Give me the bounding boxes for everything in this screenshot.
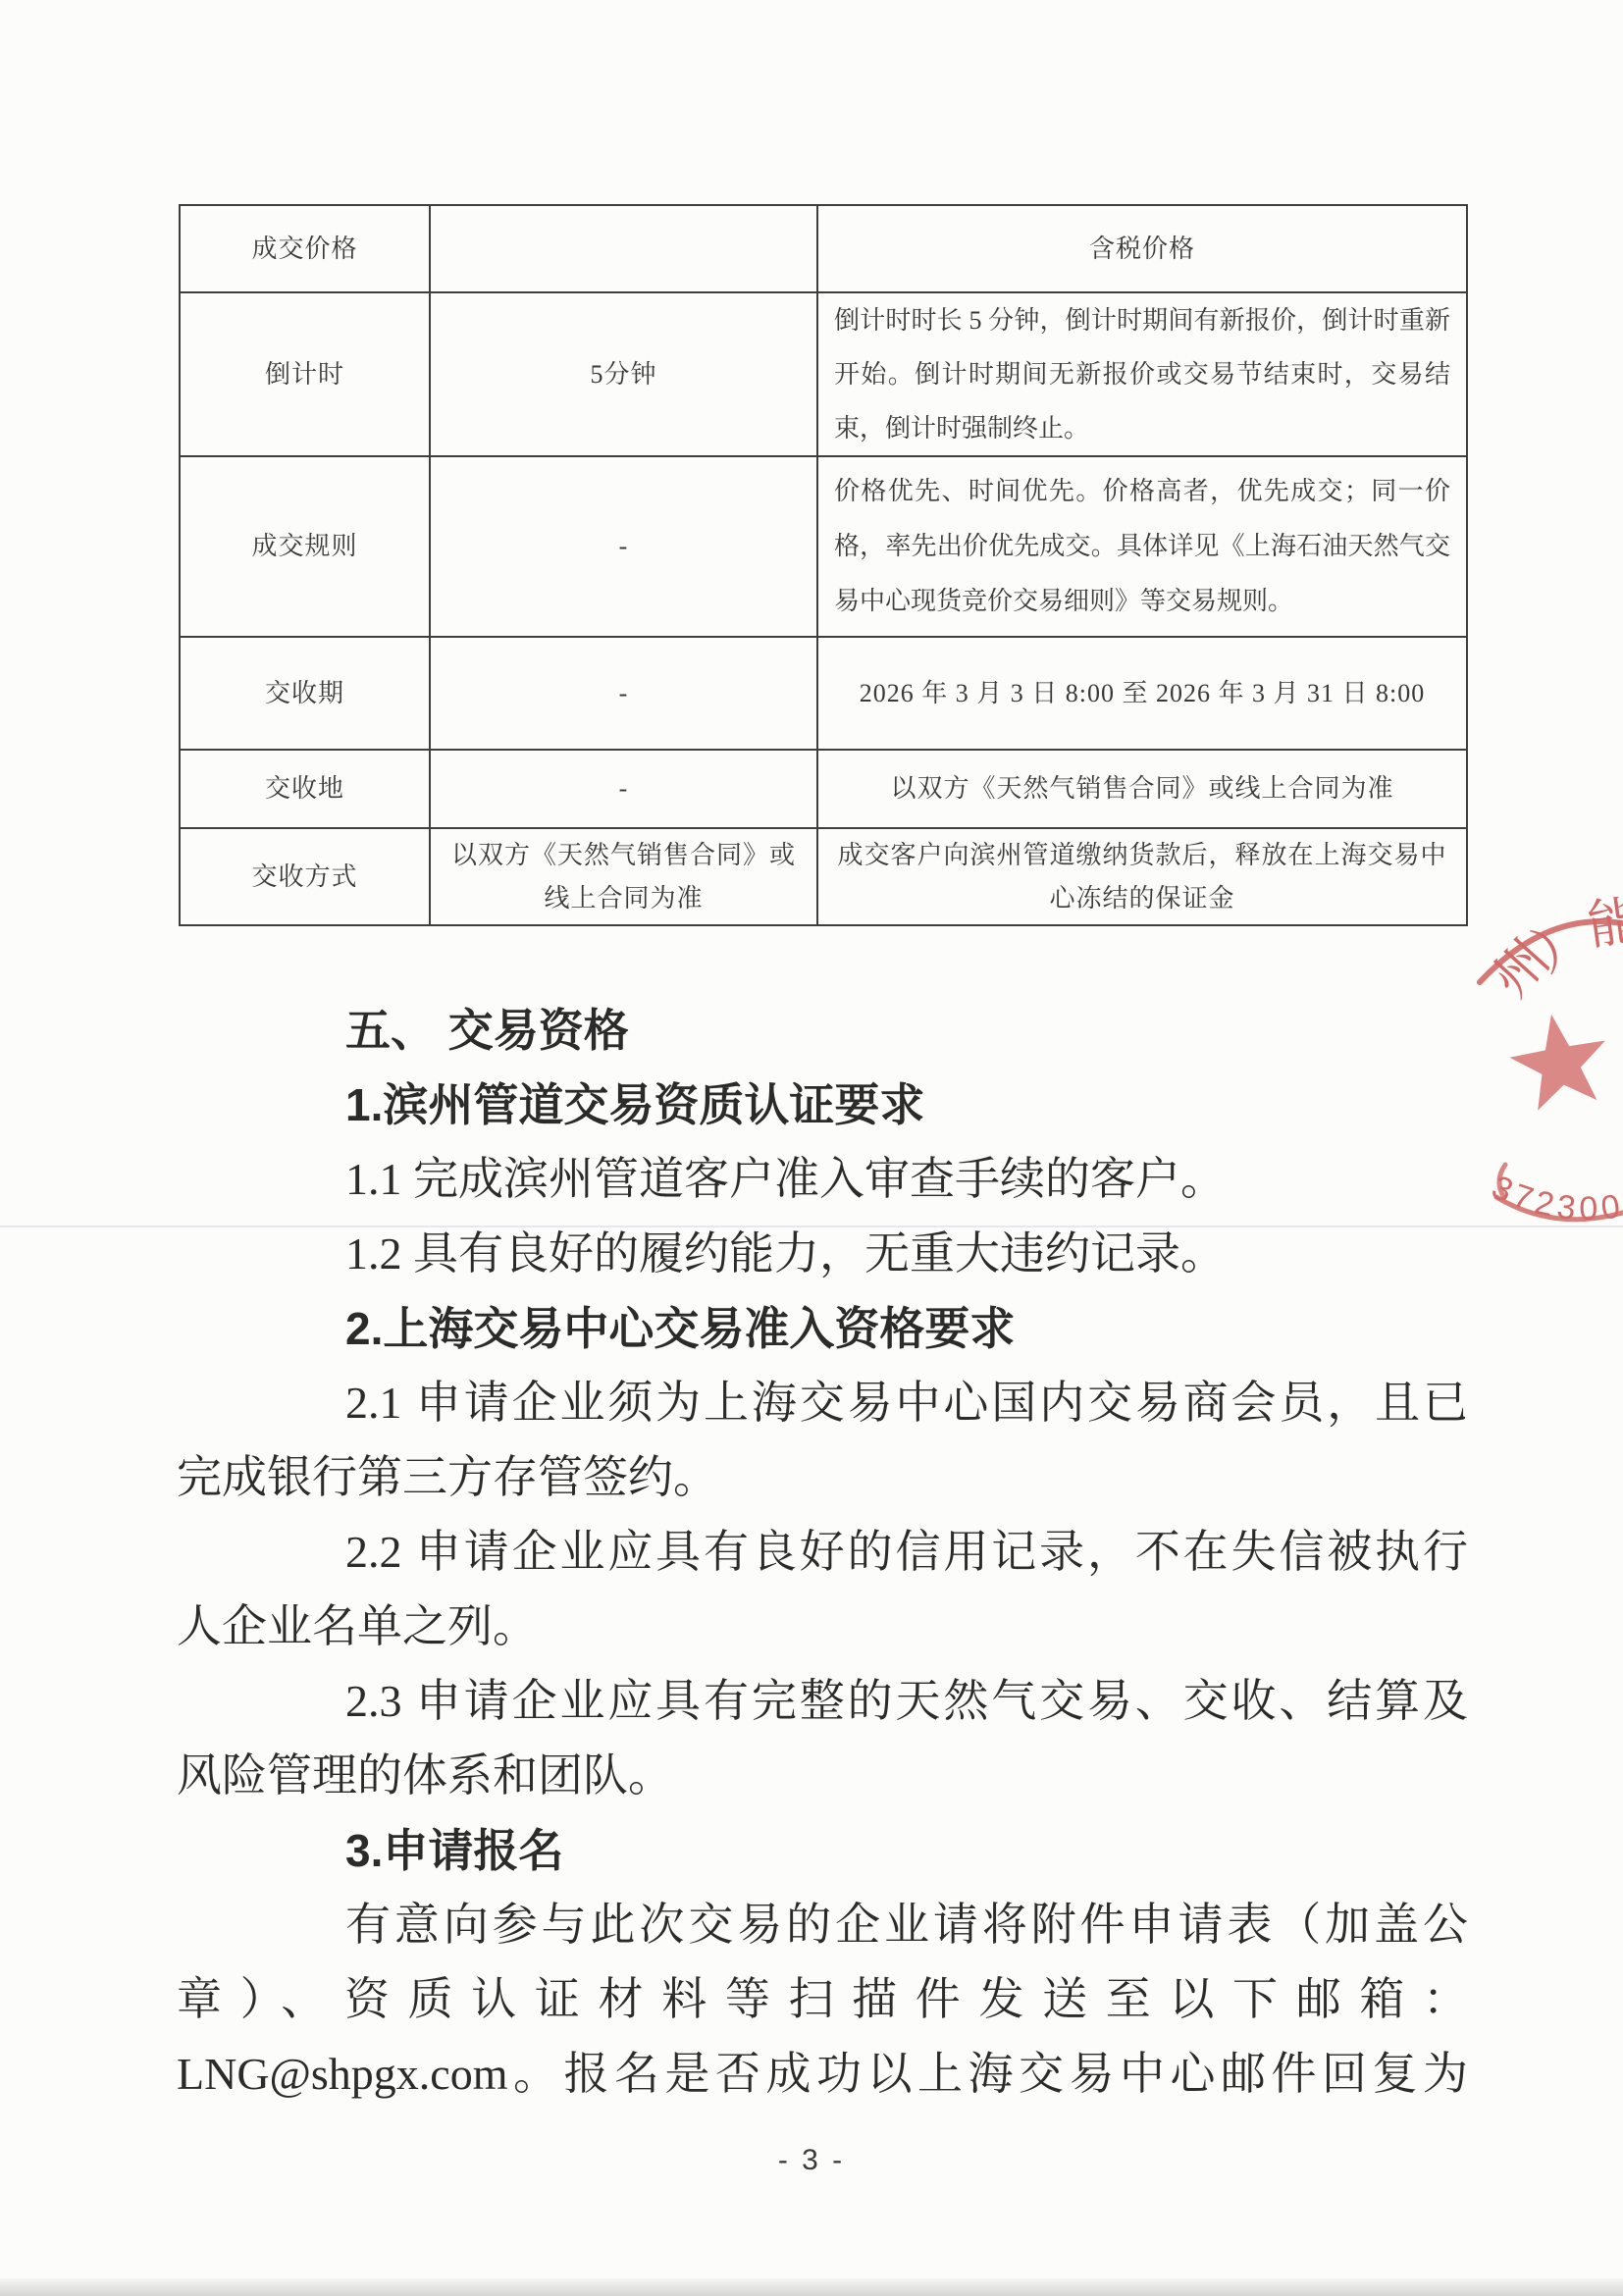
row-middle-value: - xyxy=(429,457,816,636)
signup-para-email: LNG@shpgx.com。报名是否成功以上海交易中心邮件回复为 xyxy=(177,2037,1468,2112)
clause-2-3: 2.3 申请企业应具有完整的天然气交易、交收、结算及 xyxy=(177,1664,1468,1739)
row-right-value: 价格优先、时间优先。价格高者，优先成交；同一价格，率先出价优先成交。具体详见《上… xyxy=(816,457,1466,636)
signup-para: 有意向参与此次交易的企业请将附件申请表（加盖公 xyxy=(177,1888,1468,1962)
table-row: 成交规则 - 价格优先、时间优先。价格高者，优先成交；同一价格，率先出价优先成交… xyxy=(181,455,1466,636)
seal-serial-number: 3723003 xyxy=(1487,1169,1623,1227)
clause-2-1: 2.1 申请企业须为上海交易中心国内交易商会员，且已 xyxy=(177,1366,1468,1440)
section-heading: 五、 交易资格 xyxy=(177,993,1468,1068)
clause-1-1: 1.1 完成滨州管道客户准入审查手续的客户。 xyxy=(177,1142,1468,1217)
official-seal-stamp: 州 ） 能 3723003 xyxy=(1460,888,1623,1251)
seal-star-icon xyxy=(1503,1006,1615,1114)
row-right-value: 含税价格 xyxy=(816,206,1466,291)
trade-terms-table: 成交价格 含税价格 倒计时 5分钟 倒计时时长 5 分钟，倒计时期间有新报价，倒… xyxy=(179,204,1468,926)
row-label: 交收期 xyxy=(181,638,429,749)
clause-2-2: 2.2 申请企业应具有良好的信用记录，不在失信被执行 xyxy=(177,1515,1468,1590)
page-number: - 3 - xyxy=(0,2144,1623,2177)
scan-bottom-edge xyxy=(0,2278,1623,2296)
subsection-heading-1: 1.滨州管道交易资质认证要求 xyxy=(177,1068,1468,1142)
table-row: 交收地 - 以双方《天然气销售合同》或线上合同为准 xyxy=(181,749,1466,827)
scan-artifact-line xyxy=(0,1226,1623,1227)
row-middle-value: - xyxy=(429,751,816,827)
table-row: 交收方式 以双方《天然气销售合同》或线上合同为准 成交客户向滨州管道缴纳货款后，… xyxy=(181,827,1466,924)
row-middle-value: 5分钟 xyxy=(429,293,816,455)
row-right-value: 倒计时时长 5 分钟，倒计时期间有新报价，倒计时重新开始。倒计时期间无新报价或交… xyxy=(816,293,1466,455)
clause-2-1-cont: 完成银行第三方存管签约。 xyxy=(177,1440,1468,1515)
table-row: 倒计时 5分钟 倒计时时长 5 分钟，倒计时期间有新报价，倒计时重新开始。倒计时… xyxy=(181,291,1466,455)
row-right-value: 成交客户向滨州管道缴纳货款后，释放在上海交易中心冻结的保证金 xyxy=(816,829,1466,924)
row-middle-value: - xyxy=(429,638,816,749)
subsection-heading-3: 3.申请报名 xyxy=(177,1813,1468,1888)
clause-1-2: 1.2 具有良好的履约能力，无重大违约记录。 xyxy=(177,1217,1468,1291)
seal-graphic: 州 ） 能 3723003 xyxy=(1460,888,1623,1251)
row-label: 成交规则 xyxy=(181,457,429,636)
table-row: 交收期 - 2026 年 3 月 3 日 8:00 至 2026 年 3 月 3… xyxy=(181,636,1466,749)
row-right-value: 以双方《天然气销售合同》或线上合同为准 xyxy=(816,751,1466,827)
row-middle-value xyxy=(429,206,816,291)
subsection-heading-2: 2.上海交易中心交易准入资格要求 xyxy=(177,1291,1468,1366)
seal-serial-number-text: 3723003 xyxy=(1487,1169,1623,1227)
row-label: 成交价格 xyxy=(181,206,429,291)
scanned-document-page: 成交价格 含税价格 倒计时 5分钟 倒计时时长 5 分钟，倒计时期间有新报价，倒… xyxy=(0,0,1623,2296)
row-right-value: 2026 年 3 月 3 日 8:00 至 2026 年 3 月 31 日 8:… xyxy=(816,638,1466,749)
row-label: 交收地 xyxy=(181,751,429,827)
table-row: 成交价格 含税价格 xyxy=(181,206,1466,291)
clause-2-2-cont: 人企业名单之列。 xyxy=(177,1590,1468,1664)
row-middle-value: 以双方《天然气销售合同》或线上合同为准 xyxy=(429,829,816,924)
document-body: 五、 交易资格 1.滨州管道交易资质认证要求 1.1 完成滨州管道客户准入审查手… xyxy=(177,993,1468,2112)
clause-2-3-cont: 风险管理的体系和团队。 xyxy=(177,1739,1468,1813)
row-label: 交收方式 xyxy=(181,829,429,924)
row-label: 倒计时 xyxy=(181,293,429,455)
signup-para-cont: 章）、资质认证材料等扫描件发送至以下邮箱： xyxy=(177,1962,1468,2037)
seal-arc-char: 能 xyxy=(1584,891,1623,957)
